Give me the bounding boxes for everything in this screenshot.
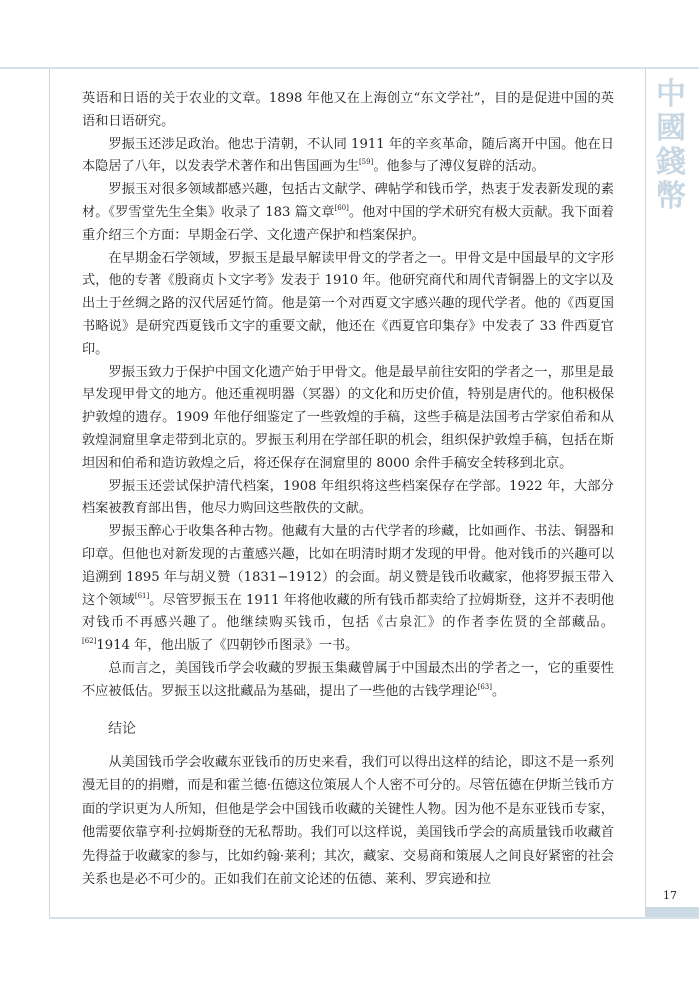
paragraph-text: 罗振玉致力于保护中国文化遗产始于甲骨文。他是最早前往安阳的学者之一，那里是最早发…	[82, 365, 614, 471]
footnote-ref[interactable]: [63]	[478, 683, 492, 691]
paragraph-text: 罗振玉还尝试保护清代档案，1908 年组织将这些档案保存在学部。1922 年，大…	[82, 479, 614, 517]
footnote-ref[interactable]: [62]	[82, 637, 96, 645]
paragraph: 罗振玉还涉足政治。他忠于清朝，不认同 1911 年的辛亥革命，随后离开中国。他在…	[82, 134, 614, 180]
page-number: 17	[646, 889, 694, 902]
footnote-ref[interactable]: [61]	[135, 592, 149, 600]
paragraph: 罗振玉醉心于收集各种古物。他藏有大量的古代学者的珍藏，比如画作、书法、铜器和印章…	[82, 521, 614, 658]
left-frame-rule	[49, 68, 50, 918]
paragraph-text: 。	[492, 684, 505, 699]
page-number-bar	[646, 907, 699, 917]
top-rule	[0, 67, 699, 69]
section-heading: 结论	[108, 719, 614, 739]
paragraph: 总而言之，美国钱币学会收藏的罗振玉集藏曾属于中国最杰出的学者之一，它的重要性不应…	[82, 658, 614, 704]
footnote-ref[interactable]: [59]	[359, 158, 373, 166]
bottom-rule	[49, 917, 699, 919]
paragraph: 从美国钱币学会收藏东亚钱币的历史来看，我们可以得出这样的结论，即这不是一系列漫无…	[82, 751, 614, 893]
paragraph: 英语和日语的关于农业的文章。1898 年他又在上海创立“东文学社”，目的是促进中…	[82, 88, 614, 134]
running-title-char: 錢	[651, 146, 691, 180]
paragraph-text: 。尽管罗振玉在 1911 年将他收藏的所有钱币都卖给了拉姆斯登，这并不表明他对钱…	[82, 593, 614, 631]
running-title-char: 中	[651, 78, 691, 112]
paragraph: 在早期金石学领域，罗振玉是最早解读甲骨文的学者之一。甲骨文是中国最早的文字形式，…	[82, 248, 614, 362]
footnote-ref[interactable]: [60]	[334, 204, 348, 212]
paragraph-text: 总而言之，美国钱币学会收藏的罗振玉集藏曾属于中国最杰出的学者之一，它的重要性不应…	[82, 661, 614, 699]
running-title-char: 幣	[651, 180, 691, 214]
paragraph: 罗振玉对很多领域都感兴趣，包括古文献学、碑帖学和钱币学，热衷于发表新发现的素材。…	[82, 179, 614, 247]
body-text: 英语和日语的关于农业的文章。1898 年他又在上海创立“东文学社”，目的是促进中…	[82, 88, 614, 892]
paragraph-text: 在早期金石学领域，罗振玉是最早解读甲骨文的学者之一。甲骨文是中国最早的文字形式，…	[82, 251, 614, 357]
right-frame-rule	[645, 68, 646, 918]
paragraph-text: 1914 年，他出版了《四朝钞币图录》一书。	[96, 638, 358, 653]
paragraph-text: 。他参与了溥仪复辟的活动。	[373, 159, 544, 174]
paragraph: 罗振玉还尝试保护清代档案，1908 年组织将这些档案保存在学部。1922 年，大…	[82, 476, 614, 522]
paragraph-text: 从美国钱币学会收藏东亚钱币的历史来看，我们可以得出这样的结论，即这不是一系列漫无…	[82, 755, 614, 888]
paragraph-text: 英语和日语的关于农业的文章。1898 年他又在上海创立“东文学社”，目的是促进中…	[82, 91, 614, 129]
paragraph: 罗振玉致力于保护中国文化遗产始于甲骨文。他是最早前往安阳的学者之一，那里是最早发…	[82, 362, 614, 476]
running-title: 中 國 錢 幣	[651, 78, 691, 214]
running-title-char: 國	[651, 112, 691, 146]
